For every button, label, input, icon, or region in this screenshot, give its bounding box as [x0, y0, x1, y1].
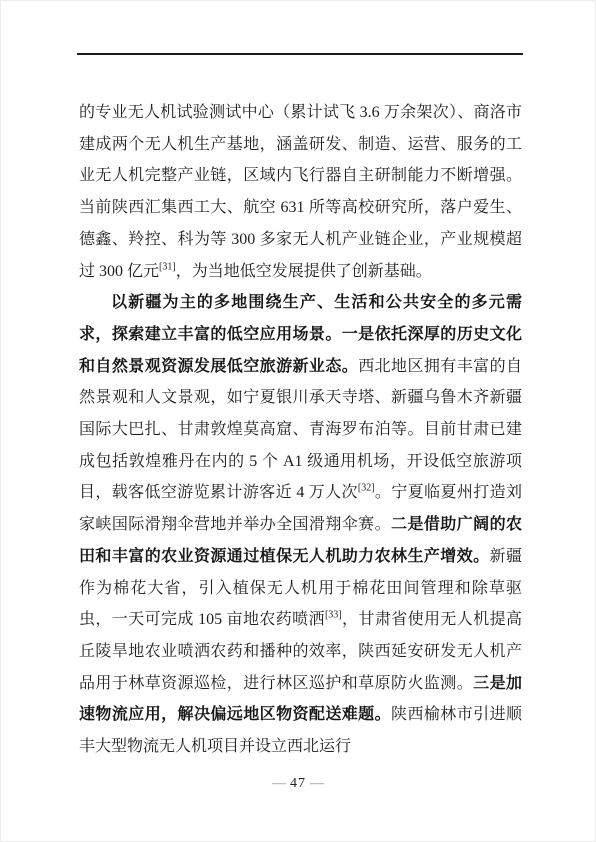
citation-ref: [33] — [325, 610, 342, 621]
footer-left-dash: — — [268, 776, 290, 791]
body-text: 的专业无人机试验测试中心（累计试飞 3.6 万余架次）、商洛市建成两个无人机生产… — [79, 97, 522, 763]
text-run: 的专业无人机试验测试中心（累计试飞 3.6 万余架次）、商洛市建成两个无人机生产… — [79, 104, 522, 280]
document-page: 的专业无人机试验测试中心（累计试飞 3.6 万余架次）、商洛市建成两个无人机生产… — [0, 0, 596, 842]
footer-right-dash: — — [306, 776, 328, 791]
header-rule — [77, 53, 523, 55]
citation-ref: [32] — [358, 483, 375, 494]
text-run: ，为当地低空发展提供了创新基础。 — [176, 263, 432, 280]
text-run: 西北地区拥有丰富的自然景观和人文景观，如宁夏银川承天寺塔、新疆乌鲁木齐新疆国际大… — [79, 358, 522, 502]
citation-ref: [31] — [159, 261, 176, 272]
page-footer: —47— — [1, 774, 595, 794]
paragraph: 以新疆为主的多地围绕生产、生活和公共安全的多元需求，探索建立丰富的低空应用场景。… — [79, 287, 522, 763]
page-number: 47 — [290, 776, 306, 791]
paragraph: 的专业无人机试验测试中心（累计试飞 3.6 万余架次）、商洛市建成两个无人机生产… — [79, 97, 522, 287]
